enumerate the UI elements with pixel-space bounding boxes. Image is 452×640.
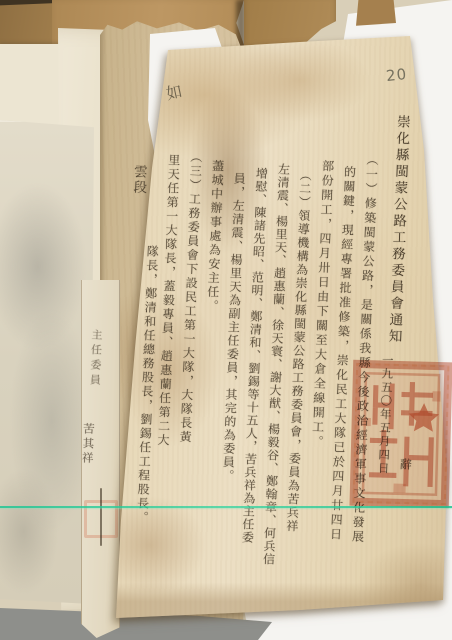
text-column: 員，左清震、楊里天為副主任委員，其完的為委員。 [221, 172, 245, 483]
text-column: 部份開工，四月卅日由下關至大倉全線開工。 [311, 159, 334, 449]
handwritten-text-layer: 崇化縣閩蒙公路工務委員會通知 一九五〇年五月四日 辭 （一）修築閩蒙公路，是關係… [0, 0, 452, 640]
text-column: 里天任第一大隊長，蓋毅專員、趙惠蘭任第二大 [157, 154, 180, 448]
text-column: （二）領導機構為崇化縣閩蒙公路工務委員會，委員為苦兵祥 [286, 169, 312, 534]
page-number-annotation: 20 [385, 65, 408, 85]
text-column: 藎城中辦事處為安主任。 [206, 159, 224, 313]
strip-bleedthrough-text: 主任委員 [89, 329, 102, 389]
strip-bleedthrough-text: 苦其祥 [81, 422, 94, 466]
scanned-archive-photo: 崇化縣閩蒙公路工務委員會通知 一九五〇年五月四日 辭 （一）修築閩蒙公路，是關係… [0, 0, 452, 640]
scanner-artifact-line [0, 506, 452, 508]
margin-annotation: 雲段 [130, 164, 145, 195]
text-column: 隊長，鄭清和任總務股長，劉錫任工程股長。 [136, 245, 159, 525]
text-column: （三）工務委員會下設民工第一大隊，大隊長黃 [179, 150, 202, 444]
document-title: 崇化縣閩蒙公路工務委員會通知 [386, 114, 408, 345]
official-red-seal-icon [348, 359, 452, 510]
